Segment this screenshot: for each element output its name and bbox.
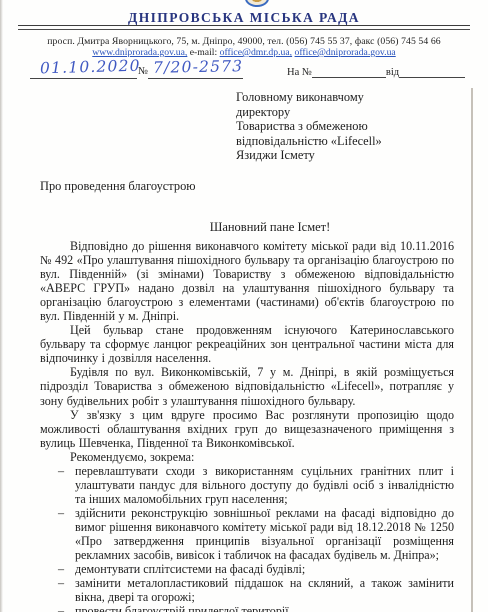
scan-edge-artifact <box>0 0 3 612</box>
recipient-line: Головному виконавчому <box>236 90 466 105</box>
recommendation-text: демонтувати сплітсистеми на фасаді будів… <box>75 562 305 576</box>
organization-name: ДНІПРОВСЬКА МІСЬКА РАДА <box>0 10 488 26</box>
recommendation-item: – замінити металопластиковий піддашок на… <box>40 576 454 604</box>
letterhead-contacts: www.dniprorada.gov.ua, e-mail: office@dm… <box>0 47 488 58</box>
recommendation-item: – демонтувати сплітсистеми на фасаді буд… <box>40 562 454 576</box>
recipient-line: Товариства з обмеженою <box>236 119 466 134</box>
letter-body: Відповідно до рішення виконавчого коміте… <box>40 239 454 612</box>
dash-marker: – <box>58 604 64 612</box>
body-paragraph: У зв'язку з цим вдруге просимо Вас розгл… <box>40 408 454 450</box>
incoming-reference: На №від <box>287 66 465 78</box>
body-paragraph: Відповідно до рішення виконавчого коміте… <box>40 239 454 323</box>
email-link-secondary[interactable]: office@dniprorada.gov.ua <box>295 47 396 58</box>
recommendation-item: – провести благоустрій прилеглої територ… <box>40 604 454 612</box>
recommendation-text: замінити металопластиковий піддашок на с… <box>75 576 454 604</box>
email-link-primary[interactable]: office@dmr.dp.ua, <box>220 47 293 58</box>
scan-line-artifact <box>471 88 473 612</box>
dash-marker: – <box>58 464 64 478</box>
incoming-number-blank <box>312 66 386 78</box>
incoming-date-blank <box>399 66 465 78</box>
dash-marker: – <box>58 506 64 520</box>
outgoing-number-handwritten: 7/20-2573 <box>153 57 244 77</box>
dash-marker: – <box>58 576 64 590</box>
outgoing-number-underline <box>148 78 243 79</box>
letterhead-address: просп. Дмитра Яворницького, 75, м. Дніпр… <box>0 36 488 47</box>
recommendations-intro: Рекомендуємо, зокрема: <box>40 450 454 464</box>
recommendation-item: – здійснити реконструкцію зовнішньої рек… <box>40 506 454 562</box>
recipient-line: Язиджи Ісмету <box>236 148 466 163</box>
recommendation-text: здійснити реконструкцію зовнішньої рекла… <box>75 506 454 562</box>
outgoing-date-underline <box>30 78 137 79</box>
incoming-number-label: На № <box>287 67 312 78</box>
recommendation-text: перевлаштувати сходи з використанням суц… <box>75 464 454 506</box>
dash-marker: – <box>58 562 64 576</box>
outgoing-date-handwritten: 01.10.2020 <box>40 57 141 78</box>
subject-line: Про проведення благоустрою <box>40 179 196 194</box>
recipient-line: директору <box>236 105 466 120</box>
number-sign: № <box>138 66 148 77</box>
recommendation-item: – перевлаштувати сходи з використанням с… <box>40 464 454 506</box>
city-emblem-icon <box>245 0 269 7</box>
body-paragraph: Цей бульвар стане продовженням існуючого… <box>40 323 454 365</box>
incoming-date-label: від <box>386 67 399 78</box>
body-paragraph: Будівля по вул. Виконкомівській, 7 у м. … <box>40 365 454 407</box>
recipient-line: відповідальністю «Lifecell» <box>236 134 466 149</box>
recommendations-list: – перевлаштувати сходи з використанням с… <box>40 464 454 612</box>
letterhead-divider <box>18 25 470 30</box>
recommendation-text: провести благоустрій прилеглої території… <box>75 604 292 612</box>
salutation: Шановний пане Ісмет! <box>40 220 454 235</box>
email-label: e-mail: <box>190 47 217 58</box>
recipient-block: Головному виконавчому директору Товарист… <box>236 90 466 163</box>
